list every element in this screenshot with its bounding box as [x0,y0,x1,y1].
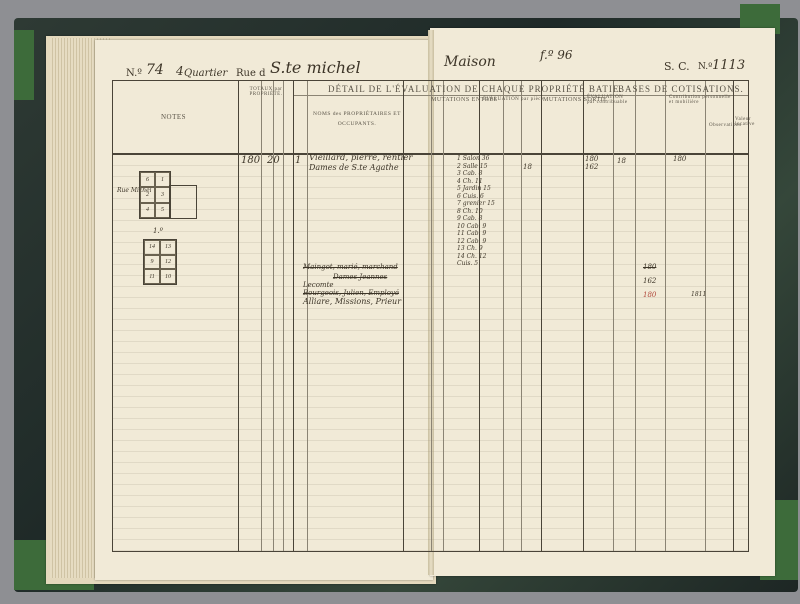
quarter-label: Quartier [184,68,227,79]
mutation-entry: Bourgeois, Julien, Employé [303,289,399,297]
bases-header: BASES DE COTISATIONS. [618,84,744,94]
header-number-label: N.º [126,68,142,79]
noms-header: NOMS des PROPRIÉTAIRES ET OCCUPANTS. [313,109,401,129]
base-row-value: 180 [643,263,656,271]
room-item: 10 Cab. 9 [457,223,517,231]
mutation-entry: Lecomte [303,281,334,289]
room-item: 5 Jardin 15 [457,185,517,193]
street-name: S.te michel [270,58,361,77]
room-item: 1 Salon 36 [457,155,517,163]
evaluation-contribuable-header: ÉVALUATION par contribuable [587,95,632,105]
section-label: S. C. [664,60,690,73]
owner-name: Vieillard, pierre, rentier [309,153,412,163]
base-value: 18 [617,157,626,165]
room-item: 8 Ch. 10 [457,208,517,216]
street-label: Rue d [236,68,265,79]
room-item: 2 Salle 15 [457,163,517,171]
base-value: 180 [673,155,686,163]
room-item: 9 Cab. 8 [457,215,517,223]
revenue-value: 180 [241,155,260,166]
totaux-header: TOTAUX par PROPRIÉTÉ. [241,87,291,97]
eval-total: 18 [523,163,532,171]
floor-plan-2: 1413 912 1110 [143,239,177,285]
room-item: 14 Ch. 12 [457,253,517,261]
cover-corner [14,30,34,100]
room-item: 7 grenier 15 [457,200,517,208]
base-value: 162 [585,163,598,171]
base-value: 180 [585,155,598,163]
mutation-entry: Alliare, Missions, Prieur [303,297,401,306]
section-number: 1113 [712,58,745,73]
room-list: 1 Salon 36 2 Salle 15 3 Cab. 8 4 Ch. 11 … [457,155,517,268]
room-item: 4 Ch. 11 [457,178,517,186]
floor-plan-1: 61 23 45 [139,171,171,219]
contribution-header: Contribution personnelle et mobilière [669,95,733,105]
valeur-header: Valeur locative [735,117,749,127]
property-type: Maison [444,54,496,70]
folio: f.º 96 [540,48,573,62]
owner-name-2: Dames de S.te Agathe [309,163,399,172]
base-row-value: 180 [643,291,656,299]
doors-windows-value: 20 [267,155,280,166]
mutation-entry: Dames Jeannes [333,273,387,281]
room-item: Cuis. 5 [457,260,517,268]
detail-header: DÉTAIL DE L'ÉVALUATION DE CHAQUE PROPRIÉ… [328,84,623,94]
room-item: 11 Cab. 9 [457,230,517,238]
notes-header: NOTES [161,113,186,121]
mutation-entry: Maingot, marié, marchand [303,263,398,271]
order-number: 1 [295,155,301,166]
plan-level-label: 1.º [153,227,163,235]
floor-plan-1-annex [169,185,197,219]
ledger-table: NOTES TOTAUX par PROPRIÉTÉ. DÉTAIL DE L'… [112,80,749,552]
note-year: 1811 [691,291,706,298]
section-number-label: N.º [698,62,712,72]
room-item: 12 Cab. 9 [457,238,517,246]
room-item: 6 Cuis. 6 [457,193,517,201]
quarter-prefix: 4 [176,64,184,78]
base-row-value: 162 [643,277,656,285]
room-item: 3 Cab. 8 [457,170,517,178]
evaluation-piece-header: ÉVALUATION par pièce [483,97,544,102]
header-number: 74 [146,62,164,78]
room-item: 13 Ch. 9 [457,245,517,253]
